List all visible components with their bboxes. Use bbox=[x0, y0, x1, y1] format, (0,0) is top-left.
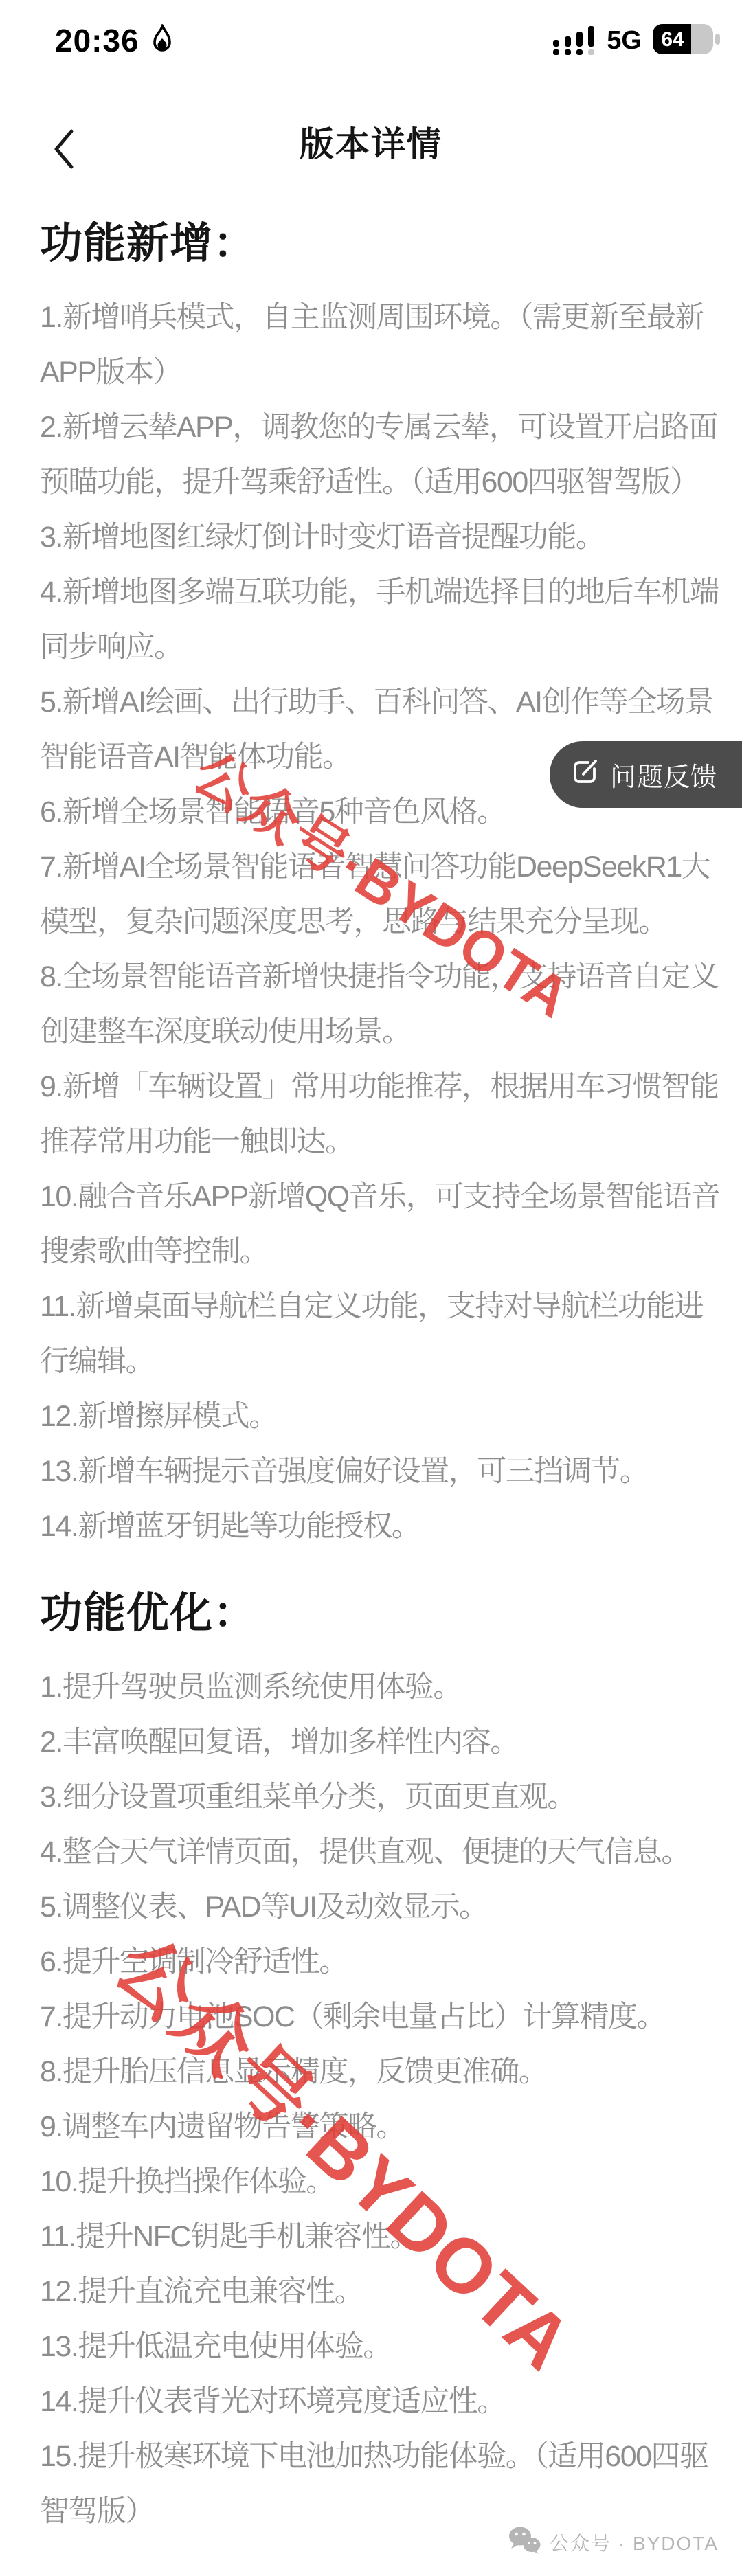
page-title: 版本详情 bbox=[0, 117, 742, 166]
list-item: 12.提升直流充电兼容性。 bbox=[40, 2264, 721, 2319]
list-item: 14.提升仪表背光对环境亮度适应性。 bbox=[40, 2374, 721, 2429]
status-time: 20:36 bbox=[55, 22, 139, 59]
list-item: 12.新增擦屏模式。 bbox=[40, 1389, 721, 1444]
battery-icon: 64 bbox=[653, 24, 721, 58]
section-heading: 功能优化： bbox=[40, 1583, 721, 1645]
status-bar-left: 20:36 bbox=[55, 22, 175, 59]
list-item: 1.新增哨兵模式，自主监测周围环境。（需更新至最新APP版本） bbox=[40, 290, 721, 400]
feedback-button[interactable]: 问题反馈 bbox=[550, 741, 742, 808]
flame-icon bbox=[149, 23, 175, 58]
footer-watermark-text: 公众号 · BYDOTA bbox=[550, 2529, 719, 2556]
battery-percent-label: 64 bbox=[661, 28, 684, 51]
wechat-icon bbox=[508, 2526, 541, 2560]
nav-bar: 版本详情 bbox=[0, 103, 742, 180]
feedback-label: 问题反馈 bbox=[610, 756, 717, 793]
list-item: 14.新增蓝牙钥匙等功能授权。 bbox=[40, 1499, 721, 1554]
compose-edit-icon bbox=[570, 756, 600, 793]
list-item: 3.新增地图红绿灯倒计时变灯语音提醒功能。 bbox=[40, 510, 721, 565]
list-item: 1.提升驾驶员监测系统使用体验。 bbox=[40, 1660, 721, 1715]
status-bar: 20:36 5G 64 bbox=[0, 18, 742, 63]
cellular-signal-icon bbox=[553, 23, 596, 58]
list-item: 9.新增「车辆设置」常用功能推荐，根据用车习惯智能推荐常用功能一触即达。 bbox=[40, 1059, 721, 1169]
list-item: 5.调整仪表、PAD等UI及动效显示。 bbox=[40, 1879, 721, 1934]
list-item: 10.融合音乐APP新增QQ音乐，可支持全场景智能语音搜索歌曲等控制。 bbox=[40, 1169, 721, 1279]
list-item: 4.整合天气详情页面，提供直观、便捷的天气信息。 bbox=[40, 1824, 721, 1879]
list-item: 8.提升胎压信息显示精度，反馈更准确。 bbox=[40, 2044, 721, 2099]
list-item: 13.新增车辆提示音强度偏好设置，可三挡调节。 bbox=[40, 1444, 721, 1499]
network-type-label: 5G bbox=[607, 26, 642, 56]
list-item: 2.丰富唤醒回复语，增加多样性内容。 bbox=[40, 1715, 721, 1770]
list-item: 11.新增桌面导航栏自定义功能，支持对导航栏功能进行编辑。 bbox=[40, 1279, 721, 1389]
list-item: 13.提升低温充电使用体验。 bbox=[40, 2319, 721, 2374]
list-item: 8.全场景智能语音新增快捷指令功能，支持语音自定义创建整车深度联动使用场景。 bbox=[40, 949, 721, 1059]
list-item: 2.新增云辇APP，调教您的专属云辇，可设置开启路面预瞄功能，提升驾乘舒适性。（… bbox=[40, 400, 721, 510]
status-bar-right: 5G 64 bbox=[553, 23, 721, 58]
list-item: 4.新增地图多端互联功能，手机端选择目的地后车机端同步响应。 bbox=[40, 565, 721, 675]
footer-watermark: 公众号 · BYDOTA bbox=[508, 2527, 719, 2558]
list-item: 15.提升极寒环境下电池加热功能体验。（适用600四驱智驾版） bbox=[40, 2429, 721, 2539]
section-heading: 功能新增： bbox=[40, 213, 721, 275]
list-item: 3.细分设置项重组菜单分类，页面更直观。 bbox=[40, 1770, 721, 1824]
